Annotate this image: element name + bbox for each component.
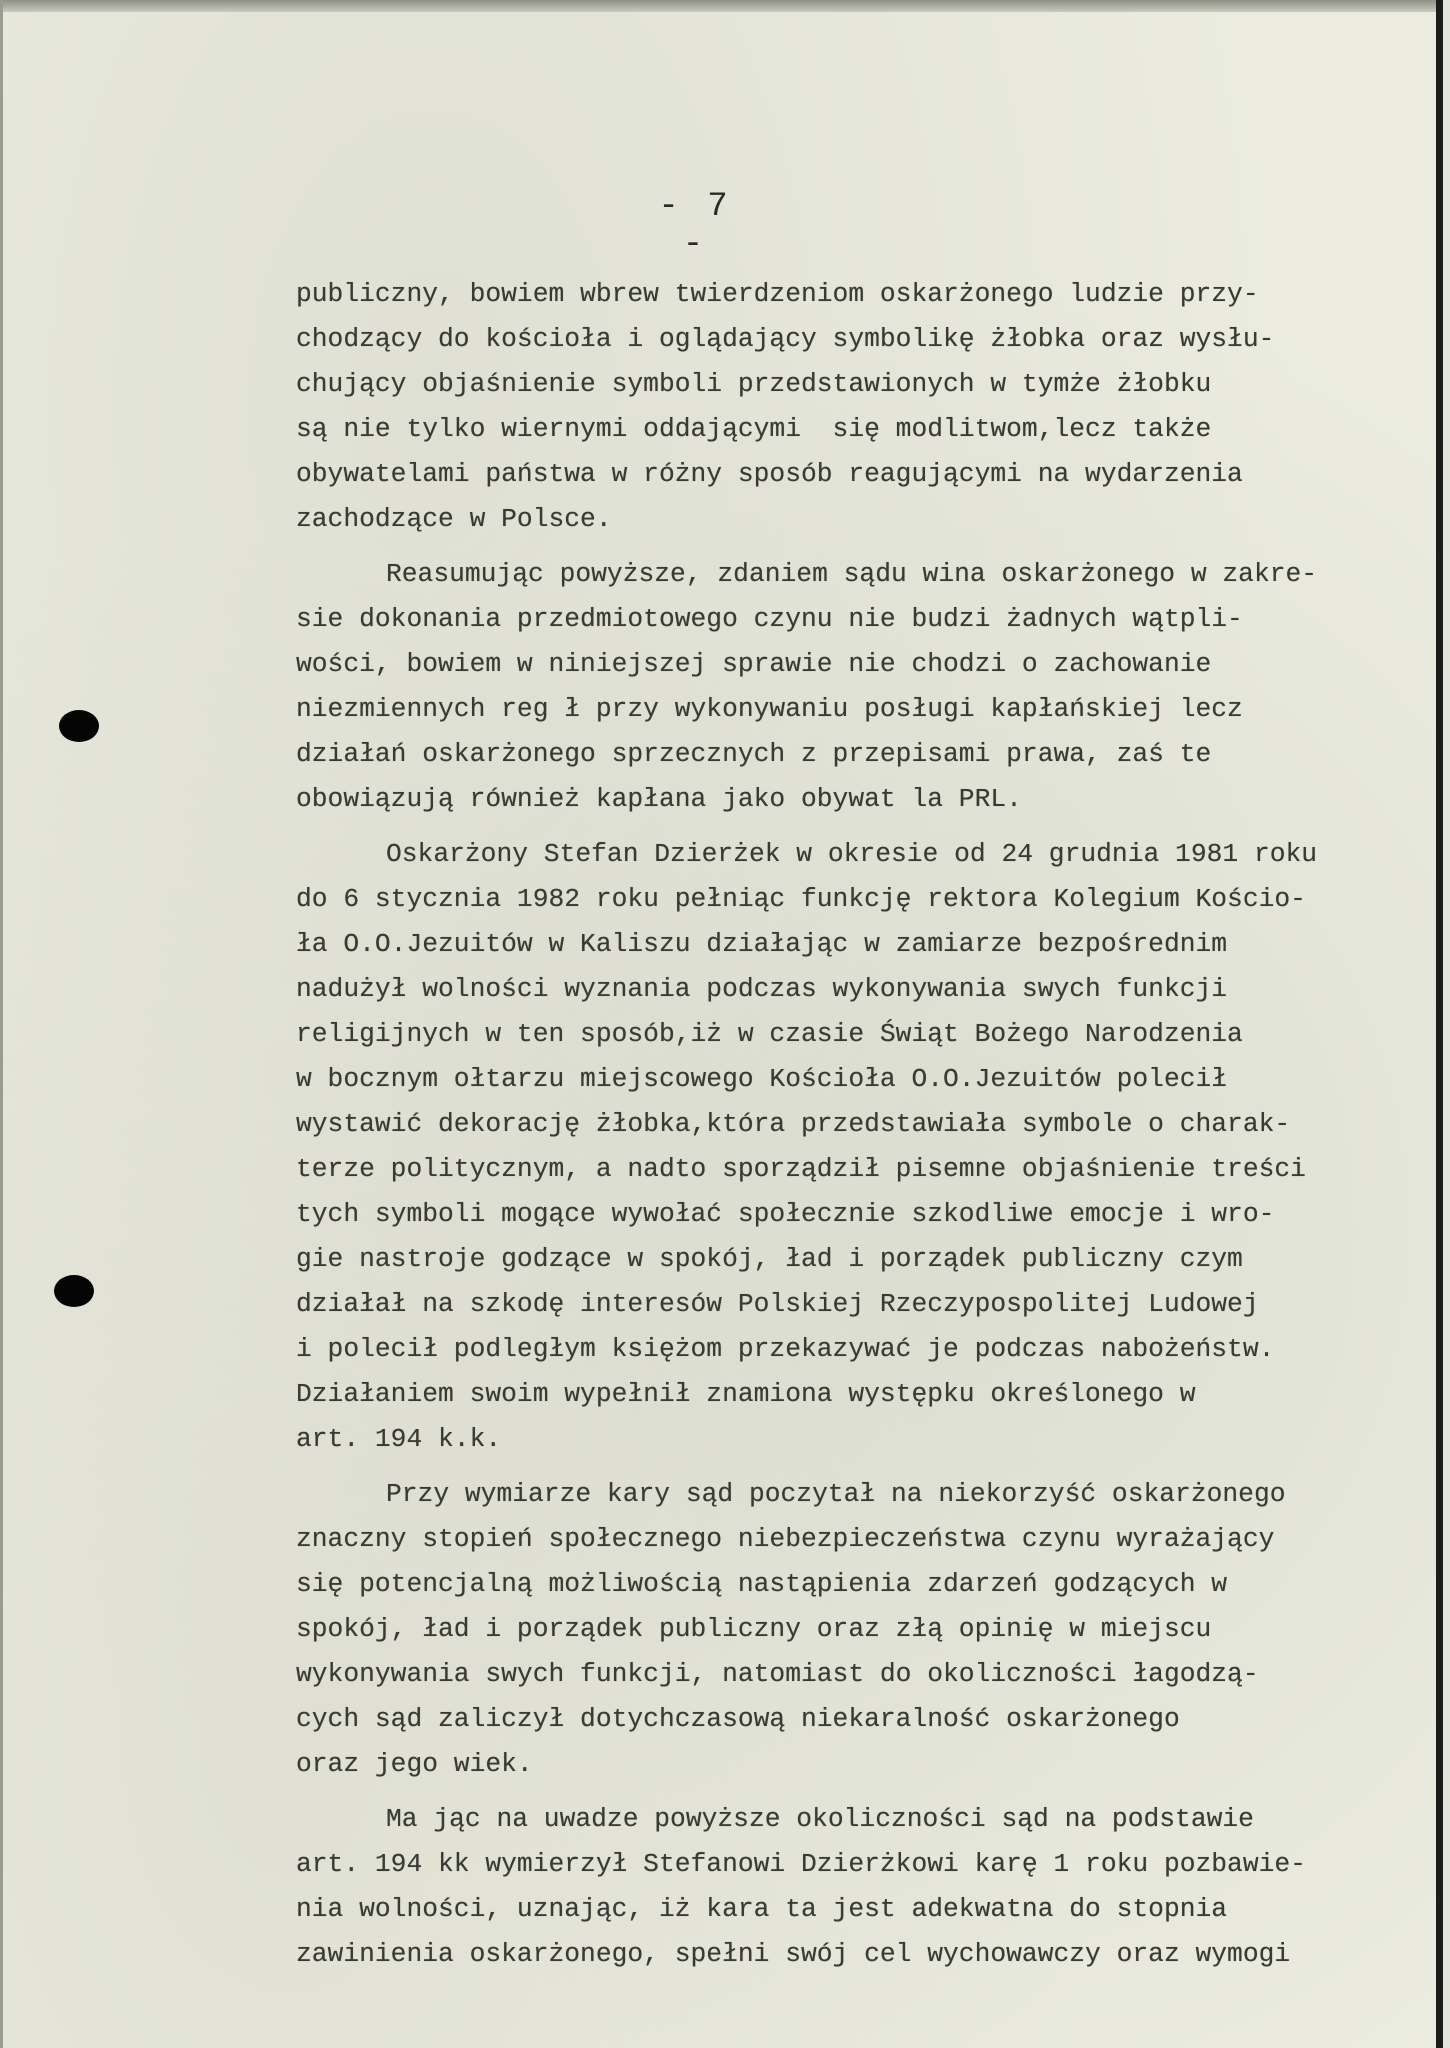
text-line: i polecił podległym księżom przekazywać … <box>296 1327 1317 1372</box>
text-line: cych sąd zaliczył dotychczasową niekaral… <box>296 1697 1317 1742</box>
text-line: są nie tylko wiernymi oddającymi się mod… <box>296 407 1317 452</box>
text-line: tych symboli mogące wywołać społecznie s… <box>296 1192 1317 1237</box>
text-line: wości, bowiem w niniejszej sprawie nie c… <box>296 642 1317 687</box>
punch-hole-upper <box>59 710 99 742</box>
document-page: - 7 - publiczny, bowiem wbrew twierdzeni… <box>0 0 1443 2048</box>
text-line: terze politycznym, a nadto sporządził pi… <box>296 1147 1317 1192</box>
text-line: wykonywania swych funkcji, natomiast do … <box>296 1652 1317 1697</box>
text-line: do 6 stycznia 1982 roku pełniąc funkcję … <box>296 877 1317 922</box>
text-line: w bocznym ołtarzu miejscowego Kościoła O… <box>296 1057 1317 1102</box>
text-line: oraz jego wiek. <box>296 1742 1317 1787</box>
page-right-edge <box>1436 0 1443 2048</box>
paragraph: Reasumując powyższe, zdaniem sądu wina o… <box>296 552 1317 822</box>
page-left-edge <box>0 0 3 2048</box>
text-line: działał na szkodę interesów Polskiej Rze… <box>296 1282 1317 1327</box>
text-line: chujący objaśnienie symboli przedstawion… <box>296 362 1317 407</box>
text-line: obywatelami państwa w różny sposób reagu… <box>296 452 1317 497</box>
text-line: art. 194 k.k. <box>296 1417 1317 1462</box>
text-line: nadużył wolności wyznania podczas wykony… <box>296 967 1317 1012</box>
text-line: sie dokonania przedmiotowego czynu nie b… <box>296 597 1317 642</box>
text-line: się potencjalną możliwością nastąpienia … <box>296 1562 1317 1607</box>
text-line: art. 194 kk wymierzył Stefanowi Dzierżko… <box>296 1842 1317 1887</box>
text-line: Działaniem swoim wypełnił znamiona wystę… <box>296 1372 1317 1417</box>
text-line: nia wolności, uznając, iż kara ta jest a… <box>296 1887 1317 1932</box>
text-line: Przy wymiarze kary sąd poczytał na nieko… <box>296 1472 1317 1517</box>
paragraph: Oskarżony Stefan Dzierżek w okresie od 2… <box>296 832 1317 1462</box>
text-line: obowiązują również kapłana jako obywat l… <box>296 777 1317 822</box>
text-line: Oskarżony Stefan Dzierżek w okresie od 2… <box>296 832 1317 877</box>
page-top-edge <box>0 0 1443 12</box>
text-line: Ma jąc na uwadze powyższe okoliczności s… <box>296 1797 1317 1842</box>
page-number: - 7 - <box>640 188 750 264</box>
document-body: publiczny, bowiem wbrew twierdzeniom osk… <box>296 272 1317 1977</box>
paragraph: Przy wymiarze kary sąd poczytał na nieko… <box>296 1472 1317 1787</box>
text-line: wystawić dekorację żłobka,która przedsta… <box>296 1102 1317 1147</box>
text-line: niezmiennych reg ł przy wykonywaniu posł… <box>296 687 1317 732</box>
text-line: zawinienia oskarżonego, spełni swój cel … <box>296 1932 1317 1977</box>
text-line: publiczny, bowiem wbrew twierdzeniom osk… <box>296 272 1317 317</box>
text-line: zachodzące w Polsce. <box>296 497 1317 542</box>
text-line: gie nastroje godzące w spokój, ład i por… <box>296 1237 1317 1282</box>
text-line: spokój, ład i porządek publiczny oraz zł… <box>296 1607 1317 1652</box>
text-line: działań oskarżonego sprzecznych z przepi… <box>296 732 1317 777</box>
paragraph: publiczny, bowiem wbrew twierdzeniom osk… <box>296 272 1317 542</box>
text-line: religijnych w ten sposób,iż w czasie Świ… <box>296 1012 1317 1057</box>
text-line: Reasumując powyższe, zdaniem sądu wina o… <box>296 552 1317 597</box>
paragraph: Ma jąc na uwadze powyższe okoliczności s… <box>296 1797 1317 1977</box>
punch-hole-lower <box>54 1275 94 1307</box>
text-line: chodzący do kościoła i oglądający symbol… <box>296 317 1317 362</box>
text-line: znaczny stopień społecznego niebezpiecze… <box>296 1517 1317 1562</box>
text-line: ła O.O.Jezuitów w Kaliszu działając w za… <box>296 922 1317 967</box>
